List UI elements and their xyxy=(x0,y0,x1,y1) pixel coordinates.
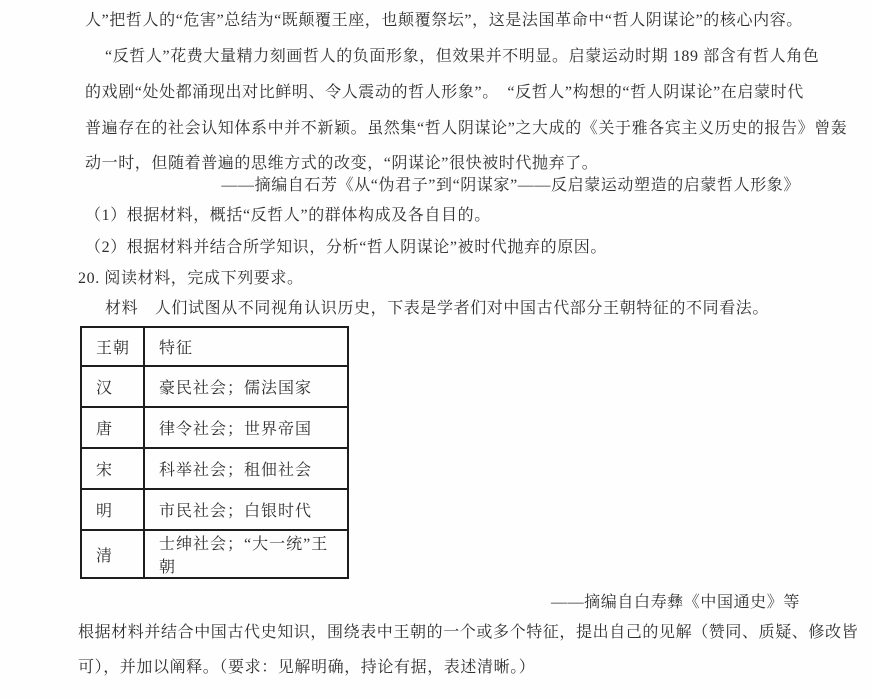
dynasty-cell: 宋 xyxy=(81,448,144,489)
material-19-line-4: 普遍存在的社会认知体系中并不新颖。虽然集“哲人阴谋论”之大成的《关于雅各宾主义历… xyxy=(85,118,800,139)
dynasty-cell: 汉 xyxy=(81,366,144,407)
material-19-line-3: 的戏剧“处处都涌现出对比鲜明、令人震动的哲人形象”。 “反哲人”构想的“哲人阴谋… xyxy=(85,82,800,103)
material-19-line-2: “反哲人”花费大量精力刻画哲人的负面形象，但效果并不明显。启蒙运动时期 189 … xyxy=(85,46,800,67)
question-20-heading: 20. 阅读材料，完成下列要求。 xyxy=(78,268,800,289)
feature-cell: 士绅社会；“大一统”王朝 xyxy=(144,530,348,578)
feature-cell: 律令社会；世界帝国 xyxy=(144,407,348,448)
source-citation-19: ——摘编自石芳《从“伪君子”到“阴谋家”——反启蒙运动塑造的启蒙哲人形象》 xyxy=(78,175,800,196)
question-19-part-2: （2）根据材料并结合所学知识，分析“哲人阴谋论”被时代抛弃的原因。 xyxy=(85,237,800,258)
table-row: 明 市民社会；白银时代 xyxy=(81,489,348,530)
table-row: 清 士绅社会；“大一统”王朝 xyxy=(81,530,348,578)
dynasty-cell: 清 xyxy=(81,530,144,578)
table-row: 宋 科举社会；租佃社会 xyxy=(81,448,348,489)
question-20-task-line-2: 可），并加以阐释。（要求：见解明确，持论有据，表述清晰。） xyxy=(78,657,800,678)
material-20-intro: 材料 人们试图从不同视角认识历史，下表是学者们对中国古代部分王朝特征的不同看法。 xyxy=(85,298,800,319)
feature-cell: 豪民社会；儒法国家 xyxy=(144,366,348,407)
exam-page: 人”把哲人的“危害”总结为“既颠覆王座，也颠覆祭坛”，这是法国革命中“哲人阴谋论… xyxy=(0,0,872,699)
dynasty-feature-table: 王朝 特征 汉 豪民社会；儒法国家 唐 律令社会；世界帝国 宋 科举社会；租佃社… xyxy=(80,326,349,579)
table-row: 唐 律令社会；世界帝国 xyxy=(81,407,348,448)
feature-cell: 科举社会；租佃社会 xyxy=(144,448,348,489)
table-header-dynasty: 王朝 xyxy=(81,327,144,366)
table-row: 汉 豪民社会；儒法国家 xyxy=(81,366,348,407)
feature-cell: 市民社会；白银时代 xyxy=(144,489,348,530)
material-19-line-1: 人”把哲人的“危害”总结为“既颠覆王座，也颠覆祭坛”，这是法国革命中“哲人阴谋论… xyxy=(85,10,800,31)
question-20-task-line-1: 根据材料并结合中国古代史知识，围绕表中王朝的一个或多个特征，提出自己的见解（赞同… xyxy=(78,622,800,643)
question-19-part-1: （1）根据材料，概括“反哲人”的群体构成及各自目的。 xyxy=(85,205,800,226)
table-header-feature: 特征 xyxy=(144,327,348,366)
table-header-row: 王朝 特征 xyxy=(81,327,348,366)
material-19-line-5: 动一时，但随着普遍的思维方式的改变，“阴谋论”很快被时代抛弃了。 xyxy=(85,153,800,174)
source-citation-20: ——摘编自白寿彝《中国通史》等 xyxy=(78,592,800,613)
dynasty-cell: 唐 xyxy=(81,407,144,448)
dynasty-cell: 明 xyxy=(81,489,144,530)
